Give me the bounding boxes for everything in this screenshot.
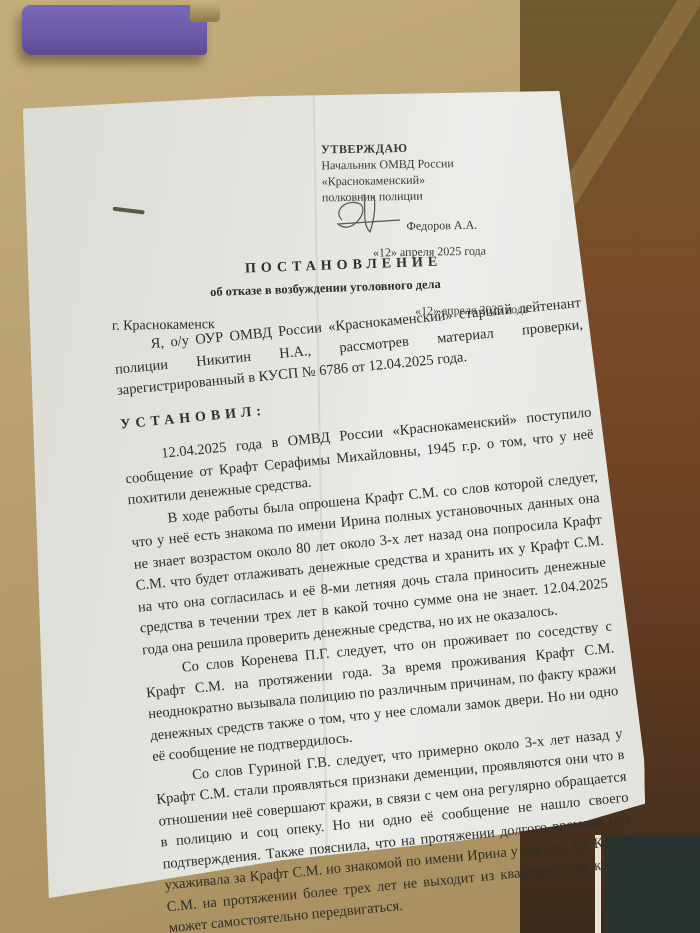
document-body: Я, о/у ОУР ОМВД России «Краснокаменский»… <box>112 293 638 933</box>
document-title: ПОСТАНОВЛЕНИЕ <box>245 255 443 278</box>
document-subtitle: об отказе в возбуждении уголовного дела <box>210 277 441 300</box>
signature-icon <box>330 190 410 240</box>
document: УТВЕРЖДАЮ Начальник ОМВД России «Краснок… <box>0 0 700 933</box>
